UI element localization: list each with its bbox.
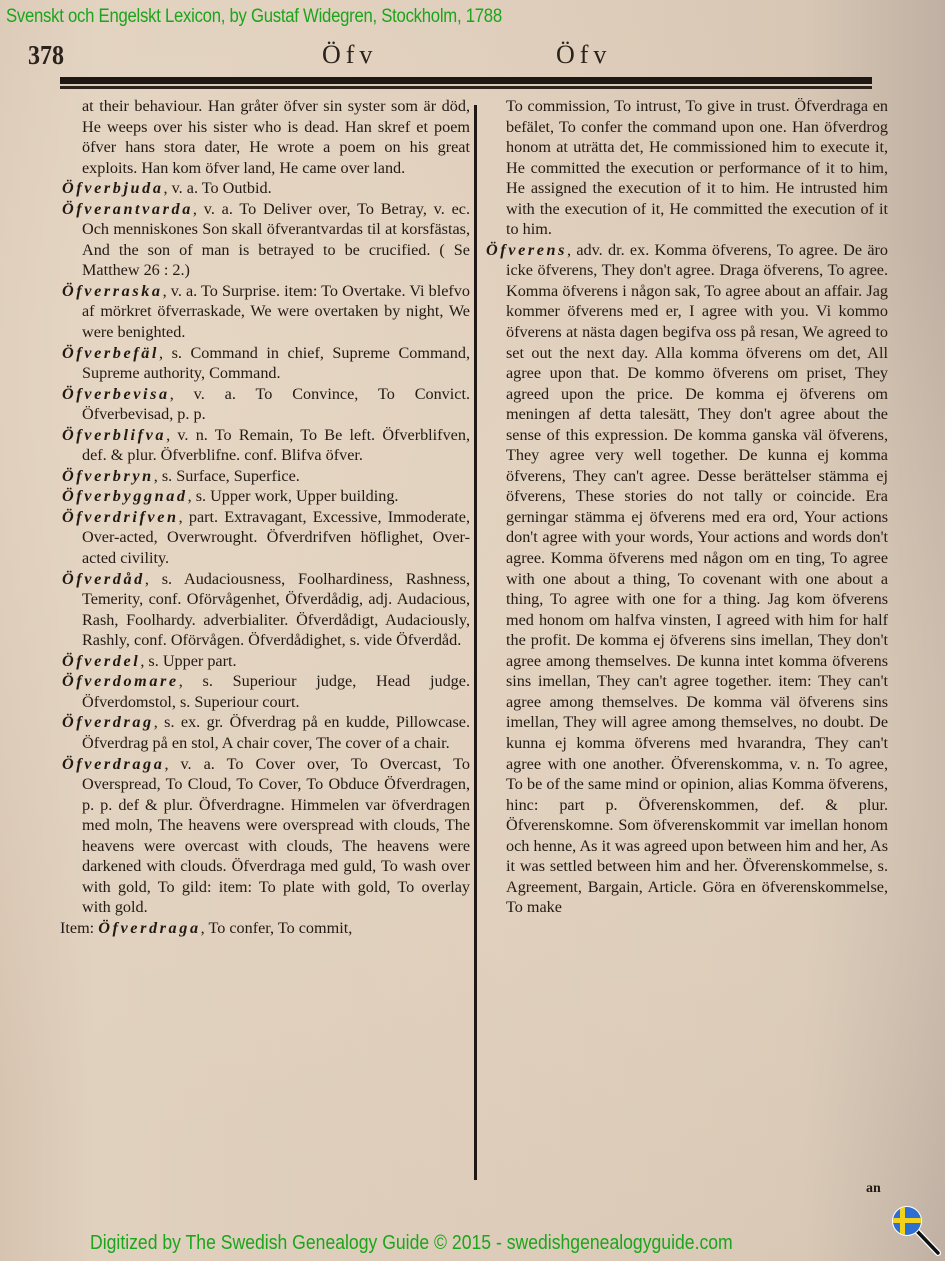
definition: , s. Upper work, Upper building.: [188, 487, 399, 505]
headword: Öfverbjuda: [62, 179, 164, 197]
continuation-text: at their behaviour. Han gråter öfver sin…: [60, 96, 470, 178]
definition: , To confer, To commit,: [201, 919, 353, 937]
headword: Öfverdraga: [62, 755, 164, 773]
continuation-text: To commission, To intrust, To give in tr…: [484, 96, 888, 240]
dictionary-entry: Öfverbefäl, s. Command in chief, Supreme…: [60, 343, 470, 384]
guide-word-right: Öfv: [556, 40, 611, 70]
dictionary-entry: Öfverbjuda, v. a. To Outbid.: [60, 178, 470, 199]
dictionary-entry: Öfverdraga, v. a. To Cover over, To Over…: [60, 754, 470, 918]
headword: Öfverens: [486, 241, 567, 259]
dictionary-entry: Öfverdrag, s. ex. gr. Öfverdrag på en ku…: [60, 712, 470, 753]
dictionary-entry: Öfverdåd, s. Audaciousness, Foolhardines…: [60, 569, 470, 651]
dictionary-entry: Öfverdrifven, part. Extravagant, Excessi…: [60, 507, 470, 569]
dictionary-entry: Öfverens, adv. dr. ex. Komma öfverens, T…: [484, 240, 888, 918]
definition: , s. Upper part.: [140, 652, 236, 670]
headword: Öfverbyggnad: [62, 487, 188, 505]
digitization-banner-title: Svenskt och Engelskt Lexicon, by Gustaf …: [6, 6, 502, 28]
headword: Öfverdraga: [98, 919, 200, 937]
catchword: an: [866, 1181, 881, 1197]
dictionary-entry: Öfverbyggnad, s. Upper work, Upper build…: [60, 486, 470, 507]
right-column: To commission, To intrust, To give in tr…: [484, 96, 888, 918]
guide-word-left: Öfv: [322, 40, 377, 70]
dictionary-entry: Öfverraska, v. a. To Surprise. item: To …: [60, 281, 470, 343]
left-column: at their behaviour. Han gråter öfver sin…: [60, 96, 470, 938]
dictionary-entry: Öfverbevisa, v. a. To Convince, To Convi…: [60, 384, 470, 425]
column-divider-rule: [474, 105, 477, 1180]
headword: Öfverdrifven: [62, 508, 179, 526]
headword: Öfverbefäl: [62, 344, 159, 362]
headword: Öfverantvarda: [62, 200, 193, 218]
headword: Öfverbevisa: [62, 385, 170, 403]
dictionary-entry: Öfverdomare, s. Superiour judge, Head ju…: [60, 671, 470, 712]
header-double-rule: [60, 77, 872, 86]
headword: Öfverdel: [62, 652, 140, 670]
dictionary-entry: Öfverblifva, v. n. To Remain, To Be left…: [60, 425, 470, 466]
headword: Öfverbryn: [62, 467, 154, 485]
headword: Öfverblifva: [62, 426, 166, 444]
dictionary-entry: Öfverdel, s. Upper part.: [60, 651, 470, 672]
headword: Öfverdåd: [62, 570, 145, 588]
running-head: 378 Öfv Öfv: [0, 40, 945, 70]
dictionary-entry: Öfverbryn, s. Surface, Superfice.: [60, 466, 470, 487]
dictionary-entry: Öfverantvarda, v. a. To Deliver over, To…: [60, 199, 470, 281]
headword: Öfverdrag: [62, 713, 154, 731]
definition: , v. a. To Cover over, To Overcast, To O…: [82, 755, 470, 917]
headword: Öfverraska: [62, 282, 163, 300]
page-number: 378: [28, 41, 64, 72]
definition: , adv. dr. ex. Komma öfverens, To agree.…: [506, 241, 888, 917]
headword: Öfverdomare: [62, 672, 179, 690]
swedish-flag-magnifier-icon: [890, 1204, 942, 1256]
entry-prefix: Item:: [60, 919, 98, 937]
digitization-footer: Digitized by The Swedish Genealogy Guide…: [90, 1232, 733, 1255]
definition: , s. Surface, Superfice.: [154, 467, 300, 485]
definition: , v. a. To Outbid.: [164, 179, 272, 197]
dictionary-entry: Item: Öfverdraga, To confer, To commit,: [60, 918, 470, 939]
